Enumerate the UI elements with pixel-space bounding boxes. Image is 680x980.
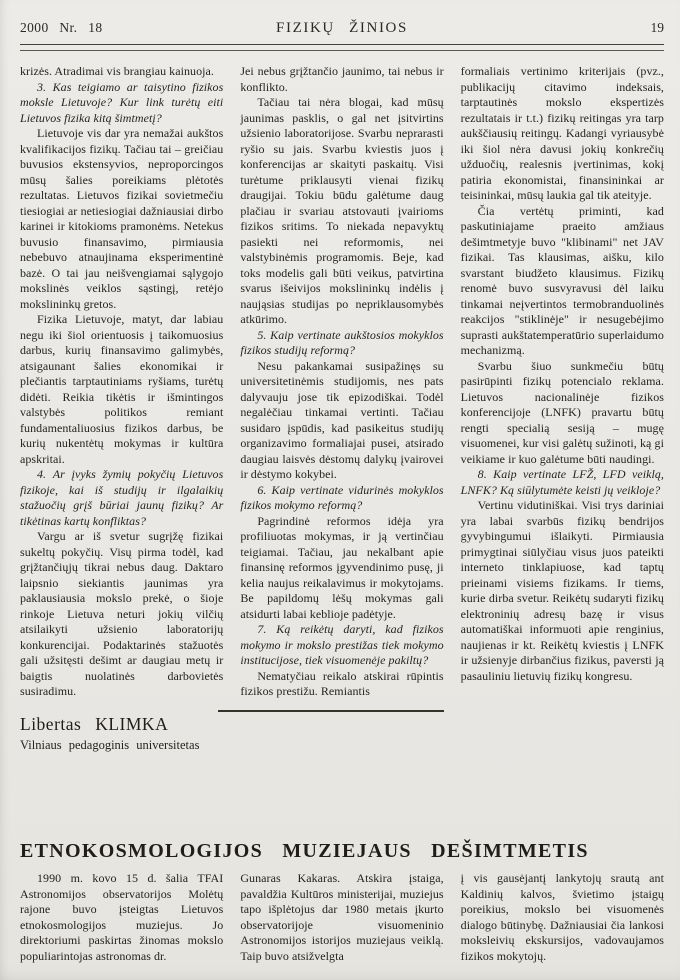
article-end-rule	[218, 710, 443, 712]
museum-columns: 1990 m. kovo 15 d. šalia TFAI Astronomij…	[20, 871, 664, 964]
interview-column-3: formaliais vertinimo kriterijais (pvz., …	[461, 64, 664, 826]
museum-article-section: ETNOKOSMOLOGIJOS MUZIEJAUS DEŠIMTMETIS 1…	[20, 840, 664, 964]
question-paragraph: 3. Kas teigiamo ar taisytino fizikos mok…	[20, 80, 223, 127]
paragraph: Fizika Lietuvoje, matyt, dar labiau negu…	[20, 312, 223, 467]
issue-label: 2000 Nr. 18	[20, 20, 209, 36]
paragraph: Tačiau tai nėra blogai, kad mūsų jaunima…	[240, 95, 443, 328]
paragraph: Lietuvoje vis dar yra nemažai aukštos kv…	[20, 126, 223, 312]
paragraph: Gunaras Kakaras. Atskira įstaiga, pavald…	[240, 871, 443, 964]
journal-page: 2000 Nr. 18 FIZIKŲ ŽINIOS 19 krizės. Atr…	[0, 0, 680, 980]
interview-section: krizės. Atradimai vis brangiau kainuoja.…	[20, 64, 664, 826]
page-number: 19	[475, 14, 664, 36]
paragraph: į vis gausėjantį lankytojų srautą ant Ka…	[461, 871, 664, 964]
article-headline: ETNOKOSMOLOGIJOS MUZIEJAUS DEŠIMTMETIS	[20, 840, 664, 863]
question-paragraph: 4. Ar įvyks žymių pokyčių Lietuvos fizik…	[20, 467, 223, 529]
paragraph: Jei nebus grįžtančio jaunimo, tai nebus …	[240, 64, 443, 95]
paragraph: Nematyčiau reikalo atskirai rūpintis fiz…	[240, 669, 443, 700]
paragraph: Čia vertėtų priminti, kad paskutiniajame…	[461, 204, 664, 359]
signature-block: Libertas KLIMKA Vilniaus pedagoginis uni…	[20, 714, 223, 753]
journal-title: FIZIKŲ ŽINIOS	[209, 20, 474, 37]
paragraph: 1990 m. kovo 15 d. šalia TFAI Astronomij…	[20, 871, 223, 964]
paragraph: formaliais vertinimo kriterijais (pvz., …	[461, 64, 664, 204]
question-paragraph: 6. Kaip vertinate vidurinės mokyklos fiz…	[240, 483, 443, 514]
paragraph: Vargu ar iš svetur sugrįžę fizikai sukel…	[20, 529, 223, 700]
author-affiliation: Vilniaus pedagoginis universitetas	[20, 738, 223, 753]
question-paragraph: 7. Ką reikėtų daryti, kad fizikos mokymo…	[240, 622, 443, 669]
question-paragraph: 8. Kaip vertinate LFŽ, LFD veiklą, LNFK?…	[461, 467, 664, 498]
page-header: 2000 Nr. 18 FIZIKŲ ŽINIOS 19	[20, 14, 664, 37]
paragraph: Vertinu vidutiniškai. Visi trys dariniai…	[461, 498, 664, 684]
paragraph: Nesu pakankamai susipažinęs su universit…	[240, 359, 443, 483]
interview-column-1: krizės. Atradimai vis brangiau kainuoja.…	[20, 64, 223, 826]
author-name: Libertas KLIMKA	[20, 714, 223, 735]
question-paragraph: 5. Kaip vertinate aukštosios mokyklos fi…	[240, 328, 443, 359]
paragraph: Svarbu šiuo sunkmečiu būtų pasirūpinti f…	[461, 359, 664, 468]
header-rule	[20, 44, 664, 51]
paragraph: krizės. Atradimai vis brangiau kainuoja.	[20, 64, 223, 80]
paragraph: Pagrindinė reformos idėja yra profiliuot…	[240, 514, 443, 623]
interview-column-2: Jei nebus grįžtančio jaunimo, tai nebus …	[240, 64, 443, 826]
